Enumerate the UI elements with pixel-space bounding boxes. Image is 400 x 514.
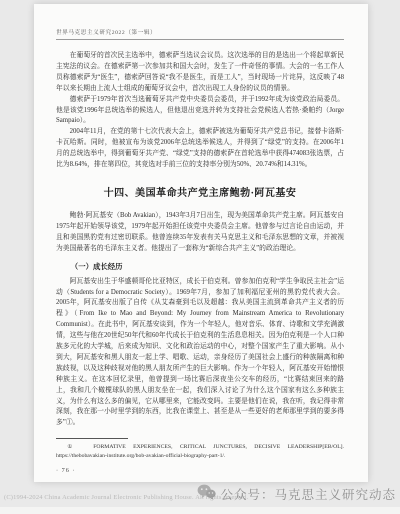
document-page: 世界马克思主义研究2022（第一辑） 在葡萄牙的首次民主选举中，德索萨当选议会议…	[34, 4, 368, 482]
scan-edge-strip	[0, 507, 400, 514]
footnote: ① FORMATIVE EXPERIENCES, CRITICAL JUNCTU…	[56, 443, 344, 461]
journal-header: 世界马克思主义研究2022（第一辑）	[56, 28, 344, 40]
subsection-title: （一）成长经历	[56, 261, 344, 272]
watermark-label: 公众号：马克思主义研究动态	[220, 485, 396, 503]
paragraph: 阿瓦基安出生于华盛顿哥伦比亚特区，成长于伯克利。曾参加伯克利“学生争取民主社会”…	[56, 277, 344, 430]
paragraph: 鲍勃·阿瓦基安（Bob Avakian），1943年3月7日出生，现为美国革命共…	[56, 211, 344, 255]
paragraph: 2004年11月，在党的第十七次代表大会上，德索萨被选为葡萄牙共产党总书记，接替…	[56, 127, 344, 171]
page-number: · 76 ·	[56, 467, 344, 474]
footnote-marker: ①	[67, 444, 78, 450]
paragraph: 在葡萄牙的首次民主选举中，德索萨当选议会议员。这次选举的目的是选出一个将起草新民…	[56, 51, 344, 95]
page-body: 在葡萄牙的首次民主选举中，德索萨当选议会议员。这次选举的目的是选出一个将起草新民…	[56, 51, 344, 429]
footnote-divider	[56, 438, 128, 439]
section-title: 十四、美国革命共产党主席鲍勃·阿瓦基安	[56, 184, 344, 199]
journal-title: 世界马克思主义研究2022（第一辑）	[56, 30, 156, 36]
wechat-icon	[197, 484, 216, 503]
paragraph: 德索萨于1979年首次当选葡萄牙共产党中央委员会委员，并于1992年成为该党政治…	[56, 95, 344, 128]
footnote-text: FORMATIVE EXPERIENCES, CRITICAL JUNCTURE…	[56, 444, 344, 459]
wechat-watermark: 公众号：马克思主义研究动态	[197, 484, 396, 503]
